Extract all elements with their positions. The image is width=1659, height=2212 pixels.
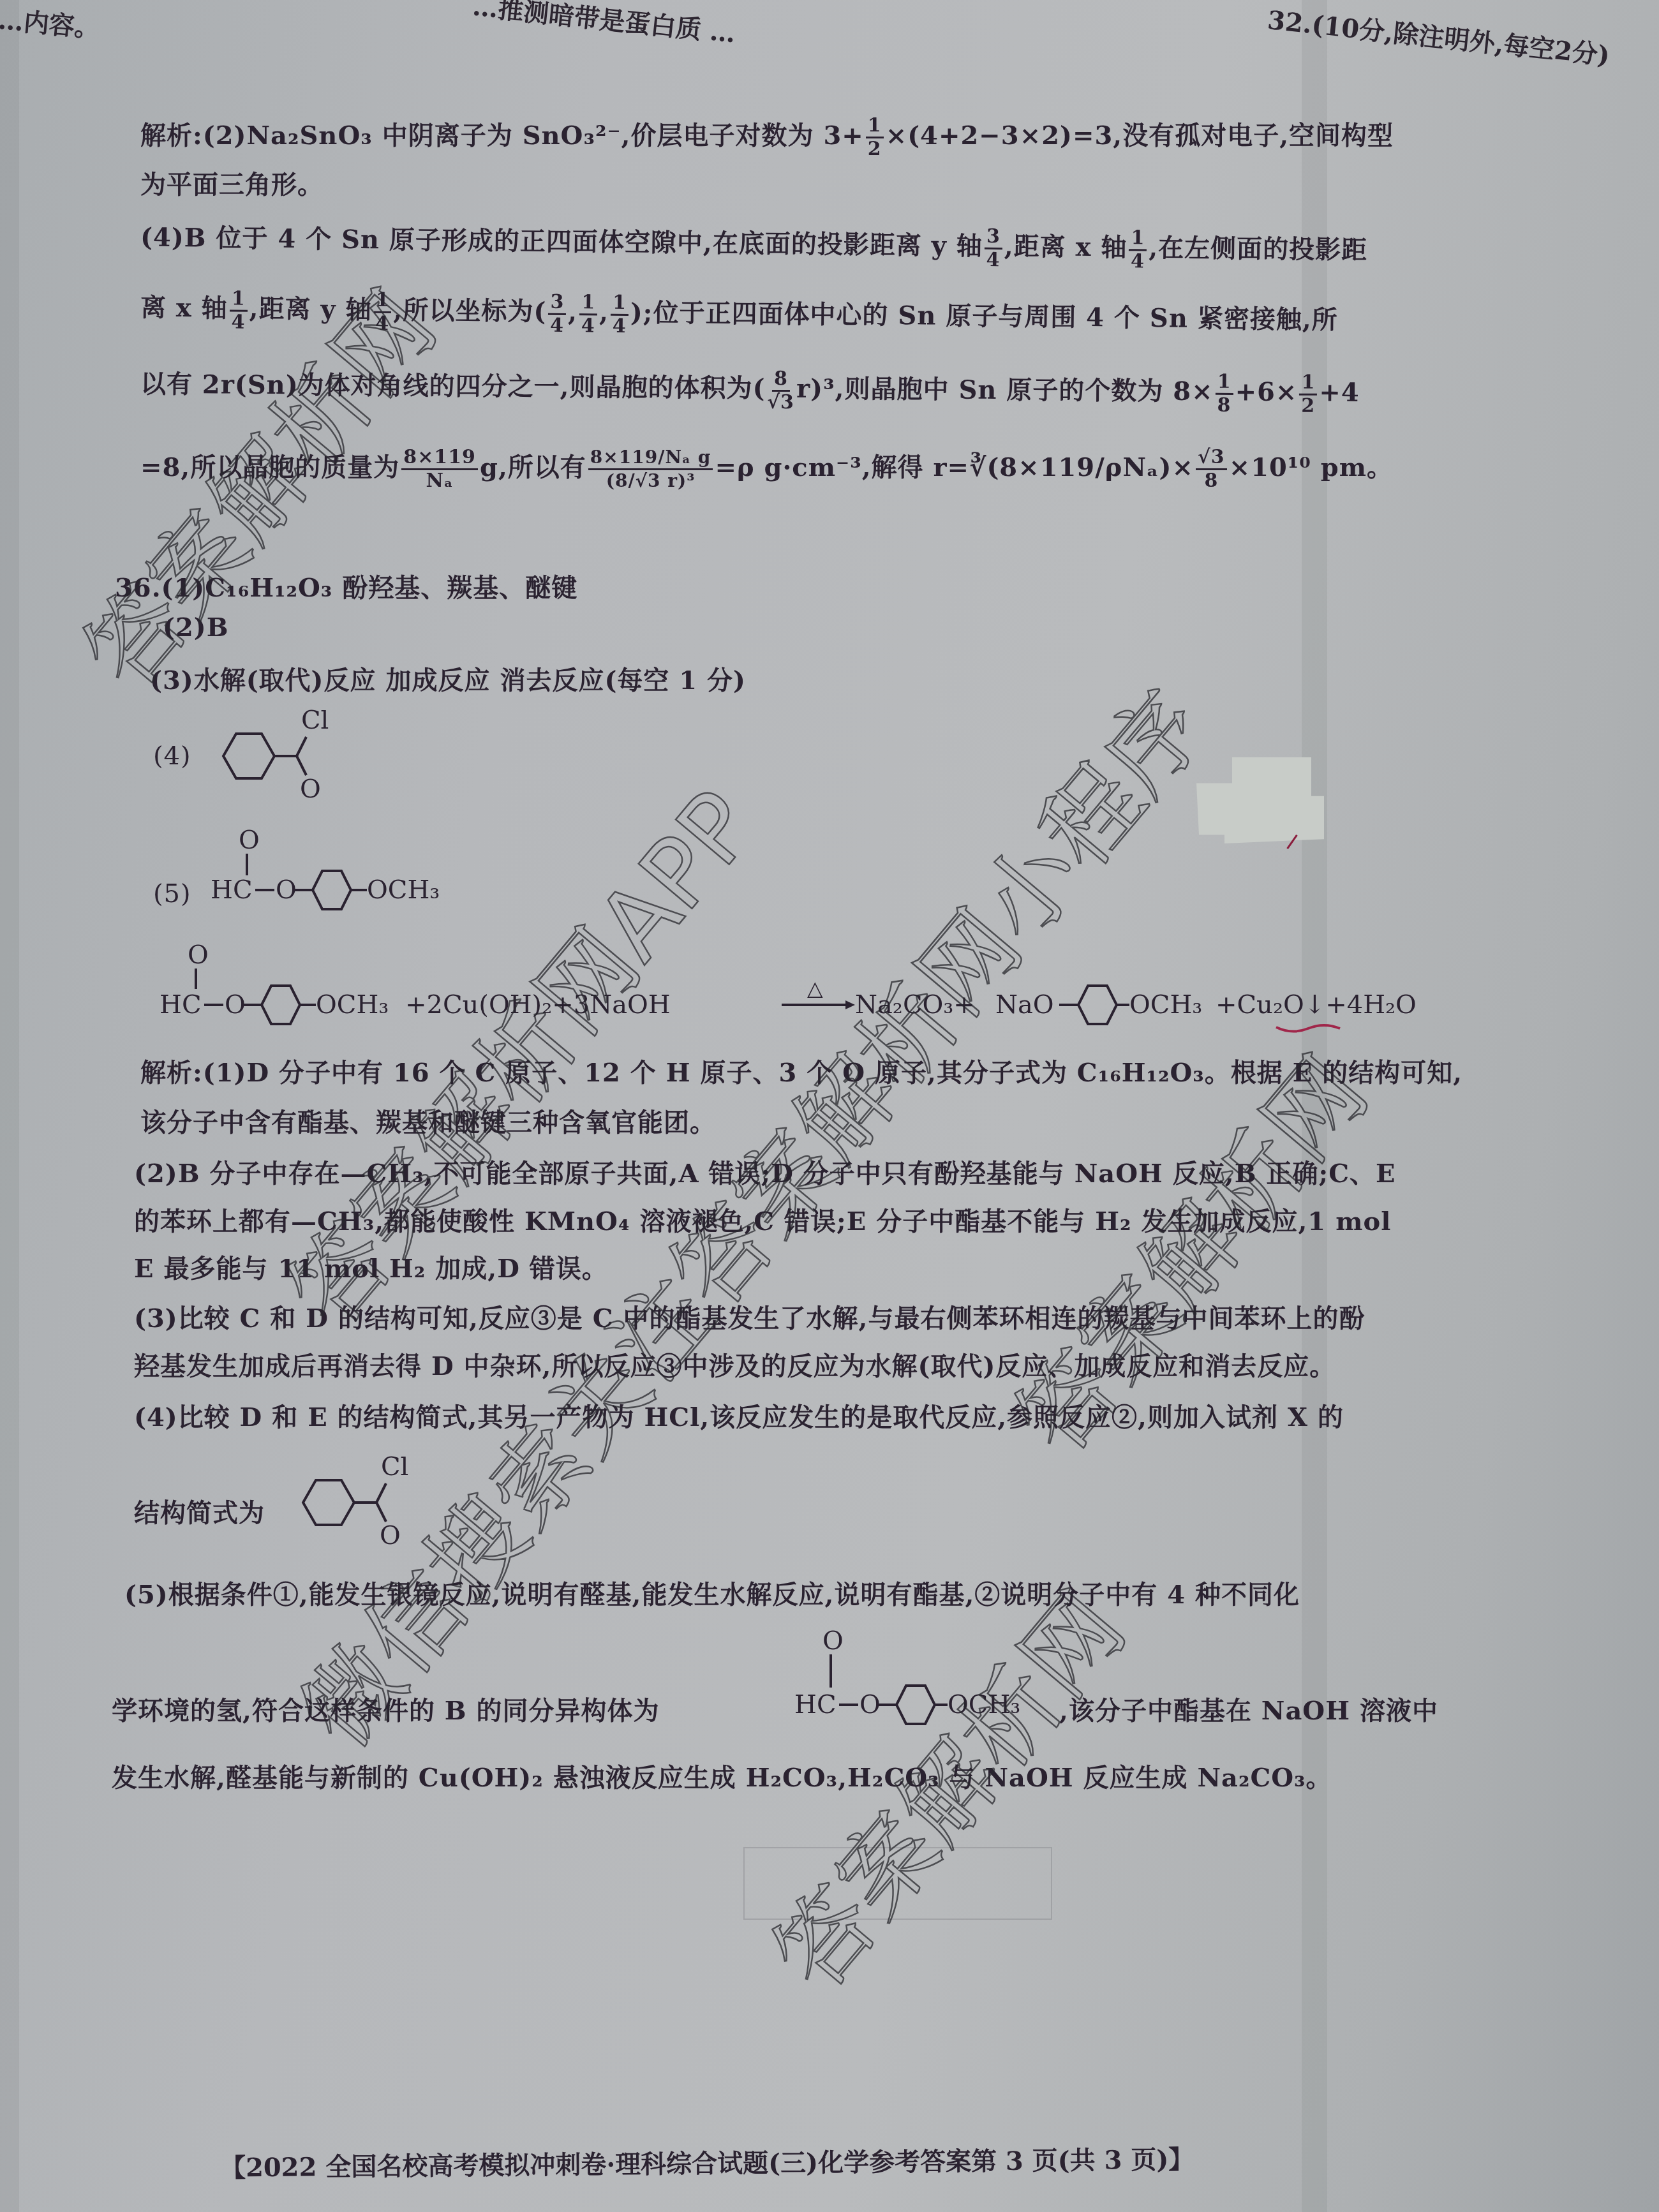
benzoyl-chloride-structure: Cl O [211,702,370,804]
q35-line3: (4)B 位于 4 个 Sn 原子形成的正四面体空隙中,在底面的投影距离 y 轴… [140,217,1368,275]
svg-text:OCH₃: OCH₃ [367,875,440,905]
svg-text:O: O [859,1690,881,1719]
q35-line2: 为平面三角形。 [140,165,324,201]
svg-text:O: O [225,990,246,1020]
top-fragment-right: 32.(10分,除注明外,每空2分) [1266,0,1612,72]
q36-expl-5a: (5)根据条件①,能发生银镜反应,说明有醛基,能发生水解反应,说明有酯基,②说明… [124,1575,1300,1611]
top-fragment-left: …内容。 [0,0,101,45]
top-fragments: …内容。 …推测暗带是蛋白质 … 32.(10分,除注明外,每空2分) [0,0,1659,77]
svg-text:O: O [822,1626,844,1656]
q35-line1: 解析:(2)Na₂SnO₃ 中阴离子为 SnO₃²⁻,价层电子对数为 3+12×… [140,115,1394,160]
top-fragment-middle: …推测暗带是蛋白质 … [471,0,738,50]
answer-sheet-page: …内容。 …推测暗带是蛋白质 … 32.(10分,除注明外,每空2分) 解析:(… [0,0,1659,2212]
svg-text:HC: HC [794,1690,837,1719]
formate-ester-structure: O HC O OCH₃ [204,823,536,925]
svg-text:O: O [276,875,297,905]
svg-text:O: O [239,826,260,855]
page-footer: 【2022 全国名校高考模拟冲刺卷·理科综合试题(三)化学参考答案第 3 页(共… [220,2139,1194,2184]
white-correction-patch [1196,757,1324,843]
svg-text:Cl: Cl [301,706,329,735]
svg-text:+Cu₂O↓+4H₂O: +Cu₂O↓+4H₂O [1216,990,1417,1020]
q36-answer-3: (3)水解(取代)反应 加成反应 消去反应(每空 1 分) [150,660,746,697]
q36-expl-4b: 结构简式为 [134,1493,265,1529]
q36-expl-5b-suffix: ,该分子中酯基在 NaOH 溶液中 [1059,1691,1438,1727]
svg-text:HC: HC [160,990,202,1020]
svg-text:O: O [300,775,321,804]
fraction-half: 12 [866,115,884,160]
q36-expl-5c: 发生水解,醛基能与新制的 Cu(OH)₂ 悬浊液反应生成 H₂CO₃,H₂CO₃… [112,1758,1332,1794]
svg-text:HC: HC [211,875,253,905]
svg-text:OCH₃: OCH₃ [1129,990,1202,1020]
q36-answer-4-label: (4) [153,741,191,771]
q36-expl-4a: (4)比较 D 和 E 的结构简式,其另一产物为 HCl,该反应发生的是取代反应… [134,1397,1344,1434]
svg-text:Cl: Cl [381,1452,408,1481]
paper-edge-shadow [0,0,19,2212]
svg-text:OCH₃: OCH₃ [316,990,389,1020]
svg-text:△: △ [807,976,823,1000]
svg-text:O: O [188,940,209,970]
q36-answer-5-label: (5) [153,879,191,909]
